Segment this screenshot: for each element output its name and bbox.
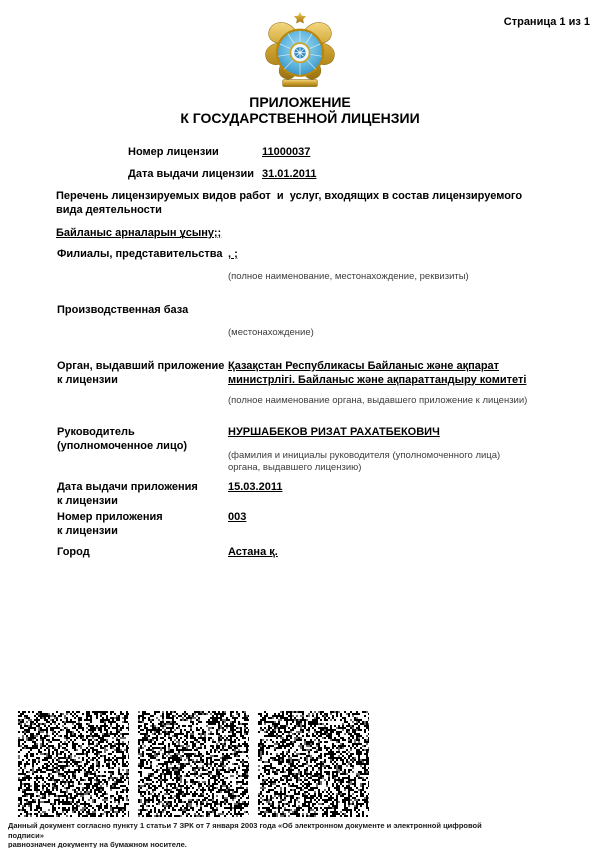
license-appendix-document: Страница 1 из 1	[0, 0, 600, 848]
head-official-hint: (фамилия и инициалы руководителя (уполно…	[228, 450, 558, 474]
license-issue-date-label: Дата выдачи лицензии	[128, 168, 254, 182]
licensed-works-list-value: Байланыс арналарын ұсыну;;	[56, 227, 221, 241]
branches-hint: (полное наименование, местонахождение, р…	[228, 271, 469, 283]
appendix-issue-date-label: Дата выдачи приложения к лицензии	[57, 481, 227, 508]
city-label: Город	[57, 546, 90, 560]
city-value: Астана қ.	[228, 546, 278, 560]
license-number-label: Номер лицензии	[128, 146, 219, 160]
appendix-number-value: 003	[228, 511, 246, 525]
issuing-authority-label: Орган, выдавший приложение к лицензии	[57, 360, 227, 387]
page-indicator: Страница 1 из 1	[504, 16, 590, 28]
issuing-authority-value: Қазақстан Республикасы Байланыс және ақп…	[228, 360, 558, 387]
licensed-works-intro-paragraph: Перечень лицензируемых видов работ и усл…	[56, 190, 556, 217]
license-number-value: 11000037	[262, 146, 310, 160]
document-title-line-2: К ГОСУДАРСТВЕННОЙ ЛИЦЕНЗИИ	[0, 111, 600, 127]
branches-label: Филиалы, представительства	[57, 248, 222, 262]
digital-signature-barcode-2	[138, 711, 249, 817]
head-official-value: НУРШАБЕКОВ РИЗАТ РАХАТБЕКОВИЧ	[228, 426, 568, 440]
legal-disclaimer: Данный документ согласно пункту 1 статьи…	[8, 821, 482, 848]
kazakhstan-coat-of-arms-icon	[256, 11, 344, 91]
head-official-label: Руководитель (уполномоченное лицо)	[57, 426, 227, 453]
digital-signature-barcode-1	[18, 711, 129, 817]
document-title: ПРИЛОЖЕНИЕ К ГОСУДАРСТВЕННОЙ ЛИЦЕНЗИИ	[0, 95, 600, 126]
issuing-authority-hint: (полное наименование органа, выдавшего п…	[228, 395, 558, 407]
document-title-line-1: ПРИЛОЖЕНИЕ	[0, 95, 600, 111]
digital-signature-barcode-3	[258, 711, 369, 817]
appendix-issue-date-value: 15.03.2011	[228, 481, 282, 495]
appendix-number-label: Номер приложения к лицензии	[57, 511, 227, 538]
production-base-hint: (местонахождение)	[228, 327, 314, 339]
license-issue-date-value: 31.01.2011	[262, 168, 316, 182]
production-base-label: Производственная база	[57, 304, 188, 318]
branches-value: , ;	[228, 248, 238, 262]
